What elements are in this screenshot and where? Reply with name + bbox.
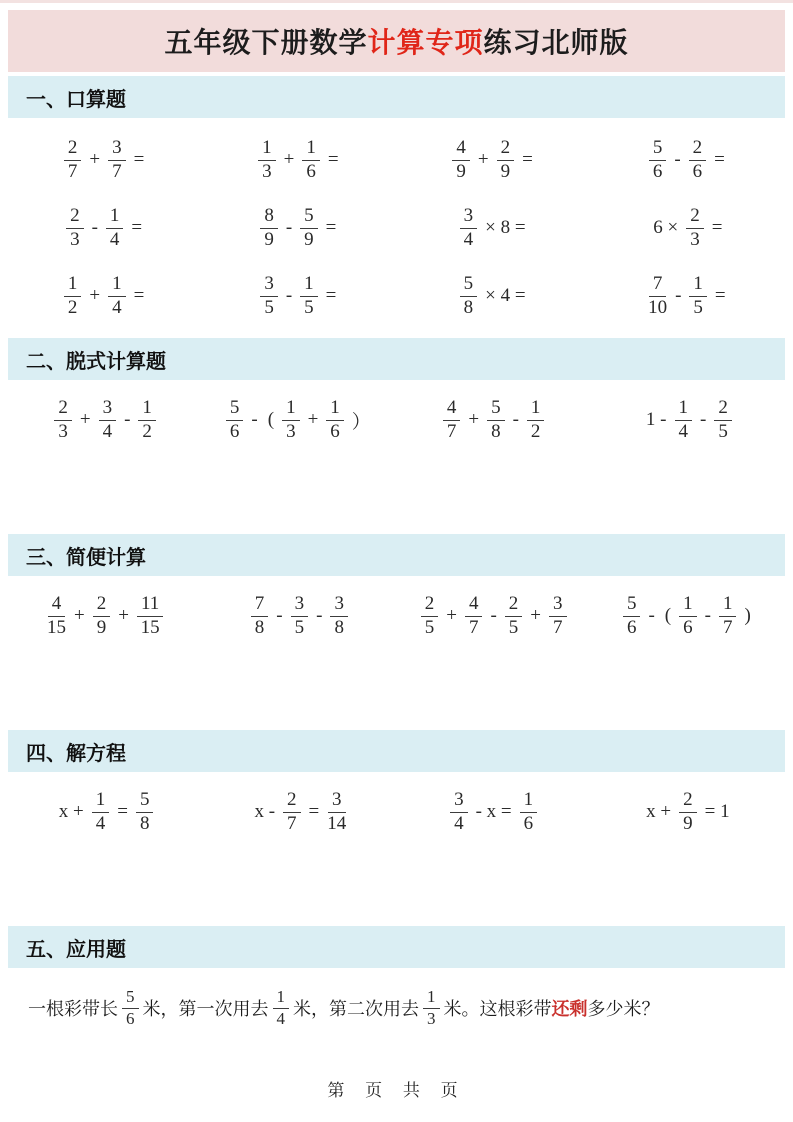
- fraction: 13: [258, 138, 276, 183]
- fraction-denominator: 6: [330, 421, 340, 443]
- fraction-denominator: 4: [96, 813, 106, 835]
- math-expression: x +14=58: [54, 790, 157, 835]
- fraction-denominator: 2: [142, 421, 152, 443]
- fraction: 415: [47, 594, 66, 639]
- fraction-denominator: 5: [718, 421, 728, 443]
- worksheet-page: 五年级下册数学计算专项练习北师版 一、口算题 27+37=13+16=49+29…: [0, 0, 793, 1101]
- math-token: =: [309, 801, 320, 823]
- fraction: 34: [460, 206, 478, 251]
- math-token: x +: [646, 801, 671, 823]
- math-token: 多少米？: [588, 995, 660, 1021]
- fraction-numerator: 1: [675, 398, 693, 421]
- fraction-denominator: 6: [524, 813, 534, 835]
- fraction-denominator: 3: [690, 229, 700, 251]
- fraction-denominator: 5: [425, 617, 435, 639]
- fraction: 16: [520, 790, 538, 835]
- fraction-numerator: 7: [251, 594, 269, 617]
- fraction: 25: [505, 594, 523, 639]
- math-problem: 34- x =16: [397, 778, 591, 848]
- title-suffix: 练习北师版: [484, 21, 629, 61]
- fraction-numerator: 4: [465, 594, 483, 617]
- fraction-numerator: 5: [122, 988, 139, 1009]
- oral-problems-grid: 27+37=13+16=49+29=56-26=23-14=89-59=34× …: [8, 126, 785, 330]
- fraction: 38: [330, 594, 348, 639]
- fraction: 15: [300, 274, 318, 319]
- fraction: 12: [138, 398, 156, 443]
- math-expression: 23+34-12: [51, 398, 159, 443]
- fraction-denominator: 5: [693, 297, 703, 319]
- fraction: 37: [549, 594, 567, 639]
- fraction: 23: [686, 206, 704, 251]
- page-top-edge: [0, 0, 793, 3]
- math-token: 米，第一次用去: [143, 995, 269, 1021]
- section-heading-label: 二、脱式计算题: [26, 345, 166, 374]
- fraction: 34: [450, 790, 468, 835]
- fraction: 14: [92, 790, 110, 835]
- word-problem: 一根彩带长56米，第一次用去14米，第二次用去13米。这根彩带还剩多少米？: [8, 984, 785, 1032]
- math-token: =: [134, 149, 145, 171]
- fraction-numerator: 3: [108, 138, 126, 161]
- math-token: +: [284, 149, 295, 171]
- fraction-numerator: 2: [421, 594, 439, 617]
- stepwise-problems-grid: 23+34-1256-(13+16）47+58-121 -14-25: [8, 386, 785, 456]
- math-problem: 13+16=: [202, 126, 396, 194]
- math-expression: 89-59=: [257, 206, 341, 251]
- fraction: 58: [487, 398, 505, 443]
- fraction: 56: [226, 398, 244, 443]
- fraction-numerator: 1: [527, 398, 545, 421]
- fraction-denominator: 6: [693, 161, 703, 183]
- fraction: 47: [443, 398, 461, 443]
- math-expression: 415+29+1115: [44, 594, 166, 639]
- fraction: 16: [326, 398, 344, 443]
- fraction-denominator: 4: [679, 421, 689, 443]
- fraction-numerator: 1: [520, 790, 538, 813]
- math-problem: 415+29+1115: [8, 582, 202, 652]
- fraction: 26: [689, 138, 707, 183]
- math-token: -: [124, 409, 130, 431]
- math-expression: 78-35-38: [248, 594, 351, 639]
- fraction-denominator: 6: [683, 617, 693, 639]
- fraction-numerator: 1: [423, 988, 440, 1009]
- fraction-numerator: 3: [330, 594, 348, 617]
- math-token: =: [117, 801, 128, 823]
- fraction: 25: [421, 594, 439, 639]
- fraction-numerator: 2: [497, 138, 515, 161]
- fraction-denominator: 7: [287, 813, 297, 835]
- section-heading-stepwise: 二、脱式计算题: [8, 338, 785, 380]
- fraction-numerator: 4: [452, 138, 470, 161]
- math-expression: 47+58-12: [440, 398, 548, 443]
- math-token: 1 -: [646, 409, 667, 431]
- simplify-problems-grid: 415+29+111578-35-3825+47-25+3756-(16-17): [8, 582, 785, 652]
- fraction-denominator: 6: [627, 617, 637, 639]
- fraction: 56: [623, 594, 641, 639]
- math-expression: 23-14=: [63, 206, 147, 251]
- math-token: -: [251, 409, 257, 431]
- fraction-denominator: 9: [501, 161, 511, 183]
- math-expression: 56-26=: [646, 138, 730, 183]
- math-problem: 23+34-12: [8, 386, 202, 456]
- math-token: x -: [254, 801, 275, 823]
- fraction-numerator: 3: [99, 398, 117, 421]
- fraction-denominator: 9: [97, 617, 107, 639]
- section-heading-label: 四、解方程: [26, 737, 126, 766]
- math-token: +: [478, 149, 489, 171]
- fraction: 37: [108, 138, 126, 183]
- math-token: +: [530, 605, 541, 627]
- fraction-numerator: 2: [283, 790, 301, 813]
- section-heading-label: 五、应用题: [26, 933, 126, 962]
- fraction: 56: [122, 988, 139, 1028]
- math-token: (: [268, 409, 274, 431]
- math-expression: 27+37=: [61, 138, 149, 183]
- math-problem: 27+37=: [8, 126, 202, 194]
- fraction-numerator: 3: [291, 594, 309, 617]
- fraction-numerator: 1: [138, 398, 156, 421]
- fraction: 1115: [137, 594, 163, 639]
- fraction: 15: [689, 274, 707, 319]
- fraction-denominator: 5: [295, 617, 305, 639]
- fraction-numerator: 4: [48, 594, 66, 617]
- fraction-numerator: 4: [443, 398, 461, 421]
- fraction-denominator: 7: [469, 617, 479, 639]
- math-problem: 49+29=: [397, 126, 591, 194]
- math-token: +: [74, 605, 85, 627]
- math-token: +: [89, 285, 100, 307]
- fraction: 78: [251, 594, 269, 639]
- math-expression: 1 -14-25: [641, 398, 735, 443]
- fraction-numerator: 2: [505, 594, 523, 617]
- fraction-denominator: 4: [103, 421, 113, 443]
- fraction-denominator: 3: [58, 421, 68, 443]
- fraction-numerator: 2: [64, 138, 82, 161]
- fraction-denominator: 9: [683, 813, 693, 835]
- math-token: -: [513, 409, 519, 431]
- fraction-numerator: 3: [328, 790, 346, 813]
- fraction: 12: [527, 398, 545, 443]
- fraction-denominator: 9: [456, 161, 466, 183]
- section-heading-oral: 一、口算题: [8, 76, 785, 118]
- fraction-numerator: 1: [719, 594, 737, 617]
- math-token: =: [712, 217, 723, 239]
- fraction-numerator: 1: [108, 274, 126, 297]
- fraction-denominator: 5: [264, 297, 274, 319]
- fraction-denominator: 15: [47, 617, 66, 639]
- section-heading-simplify: 三、简便计算: [8, 534, 785, 576]
- fraction-numerator: 8: [260, 206, 278, 229]
- math-expression: 56-(16-17): [620, 594, 756, 639]
- fraction: 35: [260, 274, 278, 319]
- fraction-numerator: 5: [649, 138, 667, 161]
- math-problem: 23-14=: [8, 194, 202, 262]
- fraction-numerator: 1: [282, 398, 300, 421]
- fraction: 59: [300, 206, 318, 251]
- math-token: =: [134, 285, 145, 307]
- math-expression: 34× 8 =: [457, 206, 531, 251]
- fraction-denominator: 8: [464, 297, 474, 319]
- math-token: 一根彩带长: [28, 995, 118, 1021]
- section-heading-label: 一、口算题: [26, 83, 126, 112]
- math-token: ): [744, 605, 750, 627]
- fraction-denominator: 8: [334, 617, 344, 639]
- fraction: 23: [66, 206, 84, 251]
- fraction-numerator: 5: [460, 274, 478, 297]
- fraction: 12: [64, 274, 82, 319]
- fraction-numerator: 5: [300, 206, 318, 229]
- fraction-denominator: 3: [262, 161, 272, 183]
- fraction-denominator: 7: [447, 421, 457, 443]
- fraction: 35: [291, 594, 309, 639]
- page-footer: 第 页 共 页: [8, 1076, 785, 1101]
- math-token: -: [316, 605, 322, 627]
- math-expression: 34- x =16: [447, 790, 540, 835]
- fraction-denominator: 5: [304, 297, 314, 319]
- math-problem: 710-15=: [591, 262, 785, 330]
- math-token: - x =: [476, 801, 512, 823]
- fraction-numerator: 3: [260, 274, 278, 297]
- math-token: +: [118, 605, 129, 627]
- fraction-numerator: 1: [64, 274, 82, 297]
- fraction: 47: [465, 594, 483, 639]
- math-expression: 49+29=: [449, 138, 537, 183]
- fraction-numerator: 1: [302, 138, 320, 161]
- fraction-numerator: 2: [93, 594, 111, 617]
- fraction: 13: [423, 988, 440, 1028]
- math-problem: 56-26=: [591, 126, 785, 194]
- fraction: 14: [106, 206, 124, 251]
- title-highlight: 计算专项: [367, 21, 483, 61]
- fraction: 49: [452, 138, 470, 183]
- fraction-numerator: 2: [689, 138, 707, 161]
- math-token: -: [700, 409, 706, 431]
- math-problem: 25+47-25+37: [397, 582, 591, 652]
- fraction-numerator: 5: [487, 398, 505, 421]
- section-heading-word-problem: 五、应用题: [8, 926, 785, 968]
- fraction-denominator: 15: [141, 617, 160, 639]
- math-token: =: [715, 285, 726, 307]
- math-token: -: [286, 285, 292, 307]
- math-expression: 710-15=: [645, 274, 731, 319]
- fraction: 710: [648, 274, 667, 319]
- fraction-denominator: 4: [112, 297, 122, 319]
- math-token: 米，第二次用去: [293, 995, 419, 1021]
- section-heading-label: 三、简便计算: [26, 541, 146, 570]
- math-problem: x +14=58: [8, 778, 202, 848]
- math-problem: 35-15=: [202, 262, 396, 330]
- math-expression: 25+47-25+37: [418, 594, 570, 639]
- fraction: 23: [54, 398, 72, 443]
- fraction: 29: [497, 138, 515, 183]
- fraction-denominator: 6: [306, 161, 316, 183]
- math-token: +: [89, 149, 100, 171]
- math-problem: x -27=314: [202, 778, 396, 848]
- math-problem: 56-(13+16）: [202, 386, 396, 456]
- math-token: -: [92, 217, 98, 239]
- math-expression: x +29= 1: [641, 790, 734, 835]
- fraction-numerator: 5: [226, 398, 244, 421]
- fraction-numerator: 1: [258, 138, 276, 161]
- math-token: =: [131, 217, 142, 239]
- math-token: -: [286, 217, 292, 239]
- fraction: 314: [327, 790, 346, 835]
- math-problem: 6 ×23=: [591, 194, 785, 262]
- math-problem: 56-(16-17): [591, 582, 785, 652]
- fraction-numerator: 5: [623, 594, 641, 617]
- fraction: 58: [460, 274, 478, 319]
- fraction: 14: [675, 398, 693, 443]
- math-problem: 12+14=: [8, 262, 202, 330]
- emphasis-text: 还剩: [552, 995, 588, 1021]
- fraction-numerator: 1: [689, 274, 707, 297]
- fraction: 14: [108, 274, 126, 319]
- fraction: 14: [273, 988, 290, 1028]
- fraction-denominator: 9: [264, 229, 274, 251]
- fraction-numerator: 7: [649, 274, 667, 297]
- fraction-denominator: 6: [126, 1009, 135, 1029]
- math-token: = 1: [705, 801, 730, 823]
- math-token: +: [308, 409, 319, 431]
- fraction: 29: [93, 594, 111, 639]
- math-problem: 34× 8 =: [397, 194, 591, 262]
- math-expression: 12+14=: [61, 274, 149, 319]
- math-token: x +: [59, 801, 84, 823]
- math-problem: 58× 4 =: [397, 262, 591, 330]
- fraction-denominator: 2: [531, 421, 541, 443]
- math-expression: 35-15=: [257, 274, 341, 319]
- fraction-numerator: 3: [450, 790, 468, 813]
- fraction-denominator: 10: [648, 297, 667, 319]
- math-expression: 13+16=: [255, 138, 343, 183]
- math-token: (: [665, 605, 671, 627]
- math-problem: 1 -14-25: [591, 386, 785, 456]
- math-token: +: [468, 409, 479, 431]
- fraction-denominator: 3: [286, 421, 296, 443]
- fraction-numerator: 2: [714, 398, 732, 421]
- fraction-numerator: 1: [92, 790, 110, 813]
- math-expression: 6 ×23=: [648, 206, 727, 251]
- fraction-denominator: 14: [327, 813, 346, 835]
- math-expression: 58× 4 =: [457, 274, 531, 319]
- fraction: 16: [679, 594, 697, 639]
- fraction-numerator: 5: [136, 790, 154, 813]
- fraction-denominator: 7: [68, 161, 78, 183]
- fraction-denominator: 7: [723, 617, 733, 639]
- fraction-numerator: 1: [273, 988, 290, 1009]
- math-token: +: [80, 409, 91, 431]
- math-token: =: [326, 285, 337, 307]
- fraction-numerator: 2: [54, 398, 72, 421]
- fraction: 17: [719, 594, 737, 639]
- fraction-denominator: 4: [277, 1009, 286, 1029]
- fraction: 13: [282, 398, 300, 443]
- fraction-numerator: 2: [686, 206, 704, 229]
- fraction: 29: [679, 790, 697, 835]
- math-token: 6 ×: [653, 217, 678, 239]
- fraction-numerator: 1: [300, 274, 318, 297]
- fraction-denominator: 2: [68, 297, 78, 319]
- math-problem: x +29= 1: [591, 778, 785, 848]
- fraction-denominator: 6: [230, 421, 240, 443]
- fraction-denominator: 3: [70, 229, 80, 251]
- fraction-denominator: 7: [112, 161, 122, 183]
- math-token: =: [522, 149, 533, 171]
- section-heading-equations: 四、解方程: [8, 730, 785, 772]
- math-token: -: [705, 605, 711, 627]
- math-expression: 56-(13+16）: [223, 398, 376, 443]
- fraction-denominator: 8: [491, 421, 501, 443]
- fraction-denominator: 5: [509, 617, 519, 639]
- title-prefix: 五年级下册数学: [164, 21, 367, 61]
- fraction-denominator: 9: [304, 229, 314, 251]
- fraction-denominator: 4: [110, 229, 120, 251]
- fraction: 27: [283, 790, 301, 835]
- fraction-denominator: 8: [140, 813, 150, 835]
- fraction-numerator: 2: [66, 206, 84, 229]
- fraction-denominator: 7: [553, 617, 563, 639]
- fraction-numerator: 3: [460, 206, 478, 229]
- fraction-numerator: 11: [137, 594, 163, 617]
- fraction-denominator: 6: [653, 161, 663, 183]
- fraction: 56: [649, 138, 667, 183]
- fraction-denominator: 4: [464, 229, 474, 251]
- fraction: 25: [714, 398, 732, 443]
- fraction: 34: [99, 398, 117, 443]
- fraction: 16: [302, 138, 320, 183]
- fraction-numerator: 2: [679, 790, 697, 813]
- math-problem: 47+58-12: [397, 386, 591, 456]
- worksheet-title: 五年级下册数学计算专项练习北师版: [8, 10, 785, 72]
- math-token: -: [674, 149, 680, 171]
- fraction: 89: [260, 206, 278, 251]
- fraction-numerator: 1: [679, 594, 697, 617]
- equation-problems-grid: x +14=58x -27=31434- x =16x +29= 1: [8, 778, 785, 848]
- math-token: -: [276, 605, 282, 627]
- math-token: × 4 =: [485, 285, 525, 307]
- fraction-numerator: 1: [326, 398, 344, 421]
- math-token: =: [714, 149, 725, 171]
- math-token: 米。这根彩带: [444, 995, 552, 1021]
- fraction-denominator: 4: [454, 813, 464, 835]
- math-token: +: [446, 605, 457, 627]
- math-token: =: [328, 149, 339, 171]
- fraction-numerator: 3: [549, 594, 567, 617]
- fraction-denominator: 3: [427, 1009, 436, 1029]
- word-problem-text: 一根彩带长56米，第一次用去14米，第二次用去13米。这根彩带还剩多少米？: [28, 988, 660, 1028]
- math-token: -: [675, 285, 681, 307]
- math-problem: 89-59=: [202, 194, 396, 262]
- math-token: -: [648, 605, 654, 627]
- fraction: 58: [136, 790, 154, 835]
- math-problem: 78-35-38: [202, 582, 396, 652]
- math-expression: x -27=314: [249, 790, 349, 835]
- fraction-denominator: 8: [255, 617, 265, 639]
- fraction: 27: [64, 138, 82, 183]
- math-token: =: [326, 217, 337, 239]
- math-token: × 8 =: [485, 217, 525, 239]
- fraction-numerator: 1: [106, 206, 124, 229]
- math-token: ）: [352, 407, 371, 434]
- math-token: -: [490, 605, 496, 627]
